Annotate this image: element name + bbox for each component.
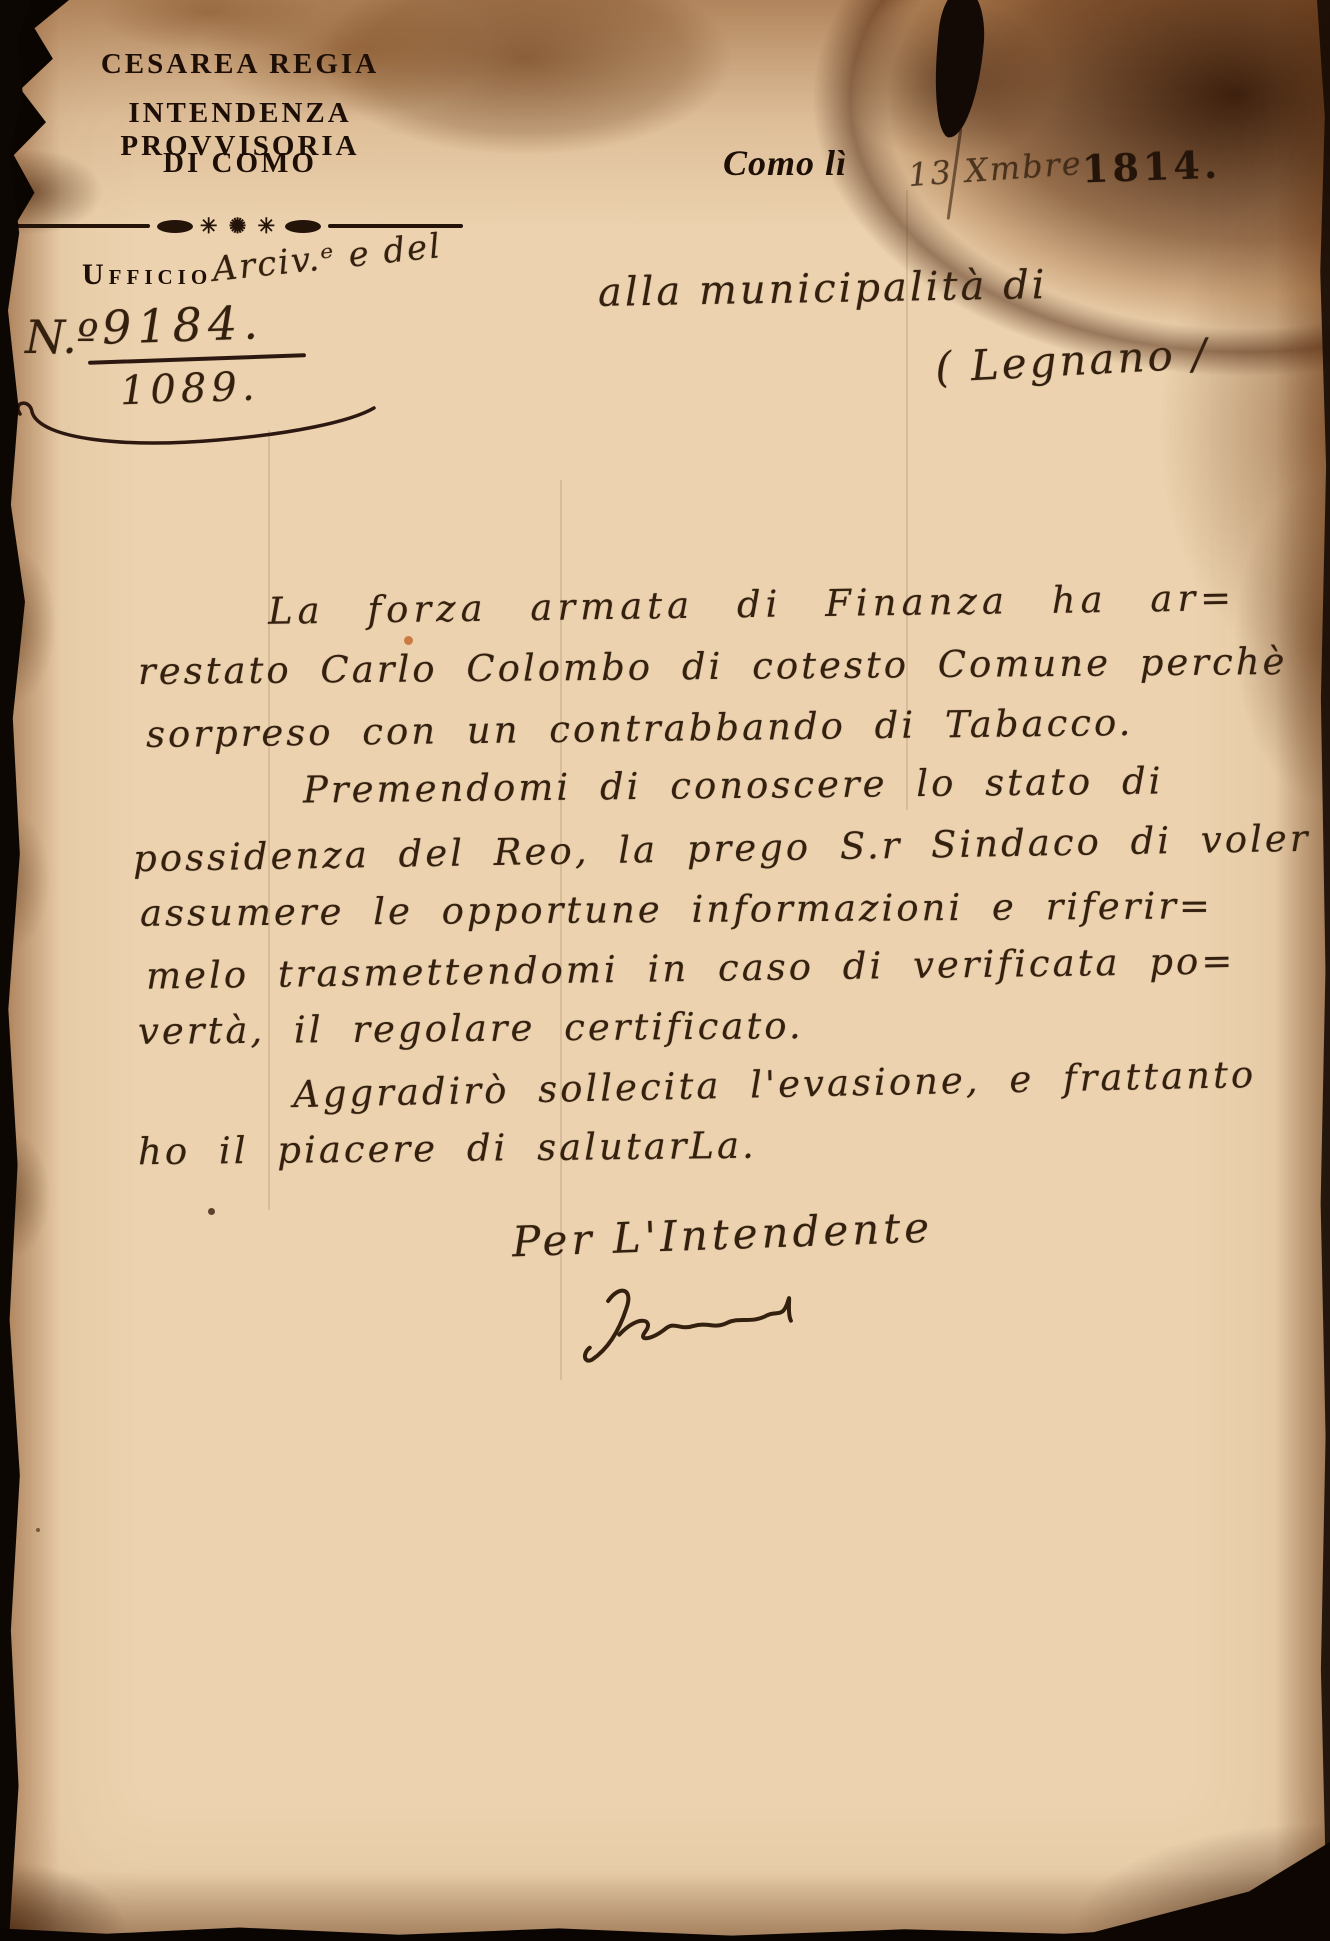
divider-rule-icon [328,224,463,228]
intendente-signature-icon [573,1272,816,1378]
protocol-number-label: N.º [25,310,99,364]
ink-speck [208,1208,215,1215]
divider-rule-icon [15,224,150,228]
divider-oval-icon [157,220,193,233]
divider-oval-icon [285,220,321,233]
divider-ornament-icon: ✳ ✺ ✳ [200,216,278,237]
ufficio-label: Ufficio [82,258,212,292]
paper-crease [268,430,270,1210]
ink-speck [36,1528,40,1532]
letterhead-line-3: DI COMO [5,147,475,180]
flourish-underline-icon [8,398,380,450]
body-line: ho il piacere di salutarLa. [138,1124,757,1173]
letter-scan: CESAREA REGIA INTENDENZA PROVVISORIA DI … [0,0,1330,1941]
protocol-number: 9184. [101,295,264,355]
dateline-place: Como lì [723,142,847,184]
body-line: vertà, il regolare certificato. [138,1004,804,1053]
letterhead-line-1: CESAREA REGIA [5,48,475,81]
recipient-line-1: alla municipalità di [598,262,1048,316]
body-line: Premendomi di conoscere lo stato di [303,759,1164,811]
body-line: assumere le opportune informazioni e rif… [140,884,1213,934]
dateline-year: 1814. [1081,142,1221,192]
rust-speck [404,636,413,645]
